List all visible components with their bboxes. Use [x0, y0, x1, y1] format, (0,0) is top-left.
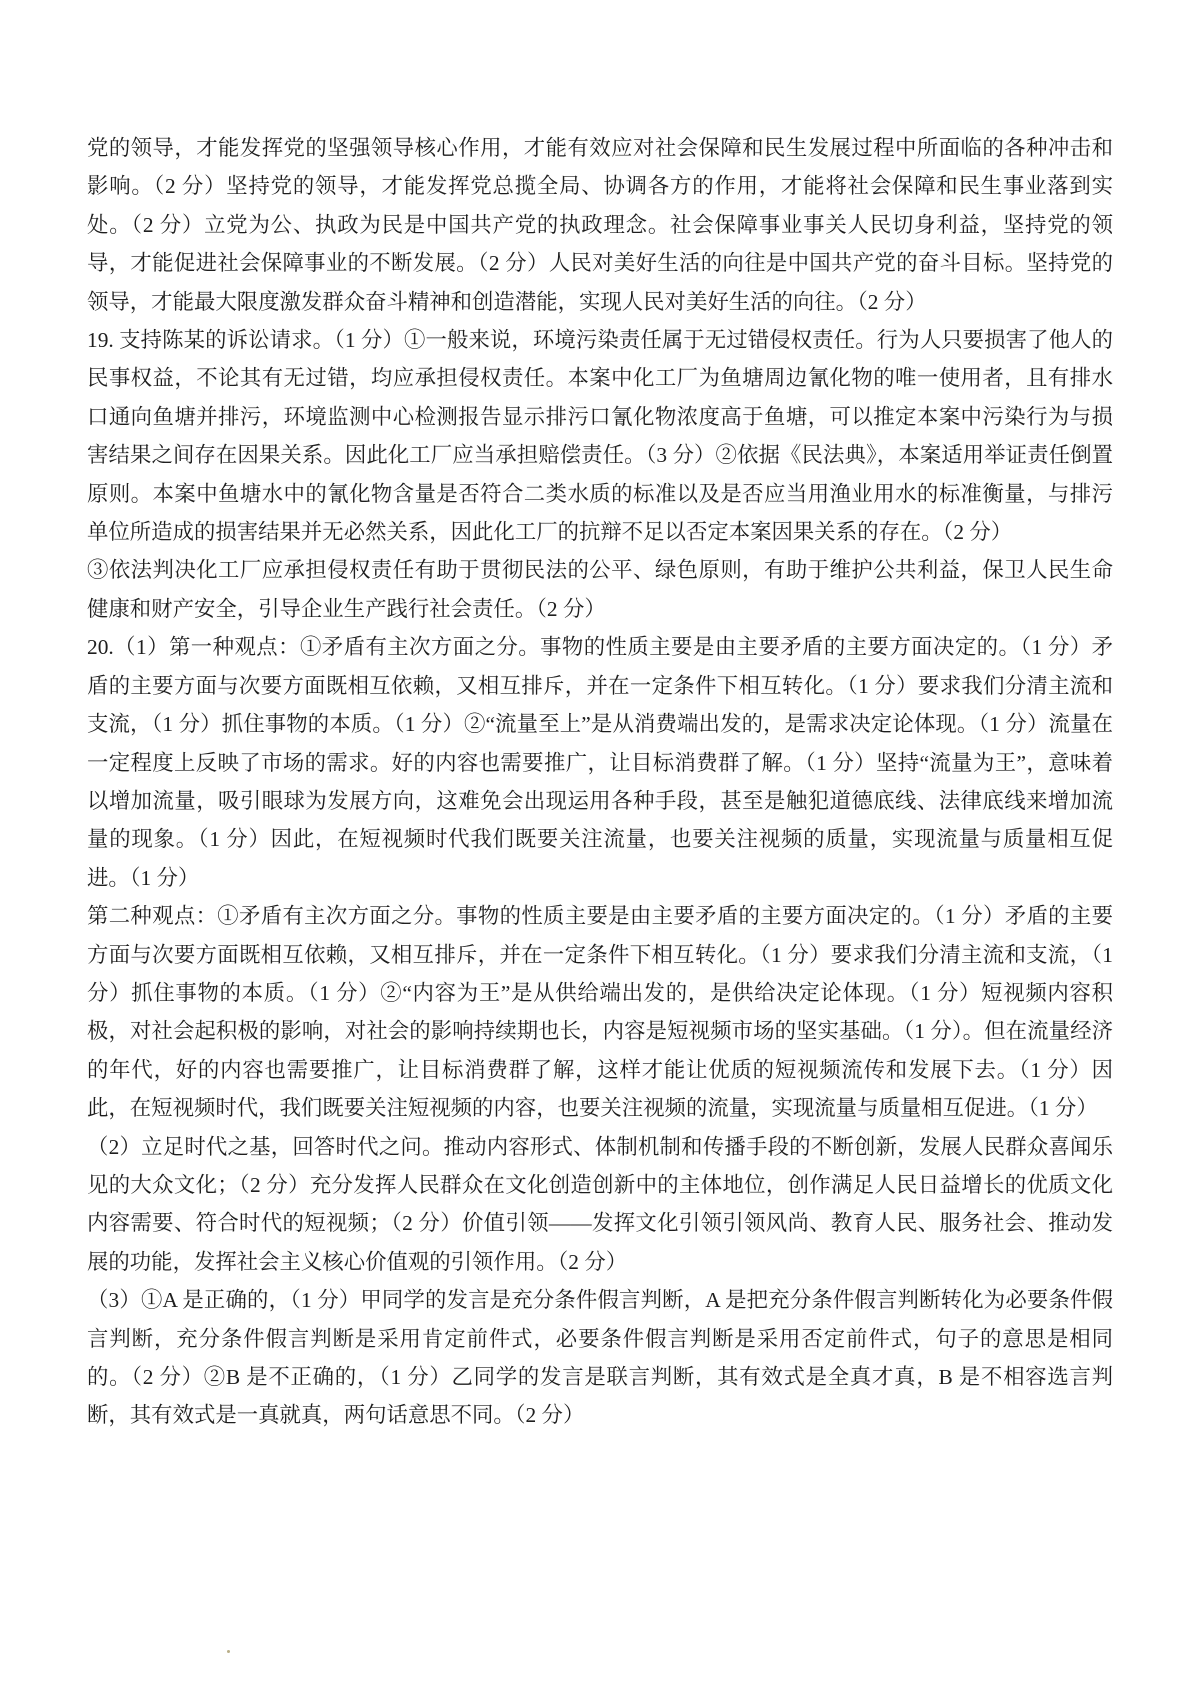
scan-speck-artifact	[227, 1650, 230, 1653]
answer-q20-1-second-view: 第二种观点：①矛盾有主次方面之分。事物的性质主要是由主要矛盾的主要方面决定的。（…	[87, 897, 1113, 1127]
document-page: 党的领导，才能发挥党的坚强领导核心作用，才能有效应对社会保障和民生发展过程中所面…	[0, 0, 1200, 1698]
answer-q19-points-1-2: 19. 支持陈某的诉讼请求。（1 分）①一般来说，环境污染责任属于无过错侵权责任…	[87, 321, 1113, 551]
answer-q20-1-first-view: 20.（1）第一种观点：①矛盾有主次方面之分。事物的性质主要是由主要矛盾的主要方…	[87, 628, 1113, 897]
answer-continuation-q18: 党的领导，才能发挥党的坚强领导核心作用，才能有效应对社会保障和民生发展过程中所面…	[87, 129, 1113, 321]
answer-q20-3: （3）①A 是正确的，（1 分）甲同学的发言是充分条件假言判断，A 是把充分条件…	[87, 1281, 1113, 1435]
answer-q20-2: （2）立足时代之基，回答时代之问。推动内容形式、体制机制和传播手段的不断创新，发…	[87, 1128, 1113, 1282]
answer-text-block: 党的领导，才能发挥党的坚强领导核心作用，才能有效应对社会保障和民生发展过程中所面…	[87, 129, 1113, 1435]
answer-q19-point-3: ③依法判决化工厂应承担侵权责任有助于贯彻民法的公平、绿色原则，有助于维护公共利益…	[87, 551, 1113, 628]
